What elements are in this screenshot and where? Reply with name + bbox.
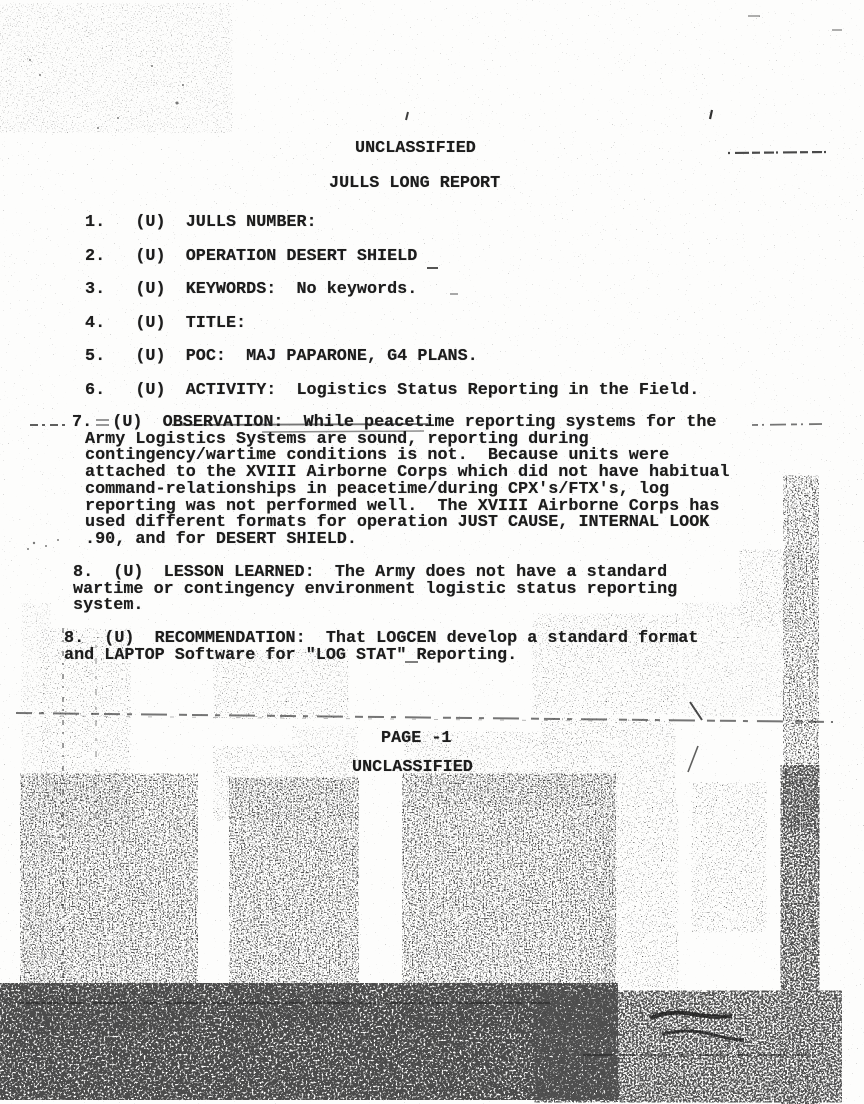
paragraph-observation: 7. (U) OBSERVATION: While peacetime repo… bbox=[85, 415, 730, 549]
item-operation: 2. (U) OPERATION DESERT SHIELD bbox=[85, 249, 417, 266]
item-julls-number: 1. (U) JULLS NUMBER: bbox=[85, 215, 317, 232]
item-activity: 6. (U) ACTIVITY: Logistics Status Report… bbox=[85, 383, 699, 400]
scan-noise-layer bbox=[0, 0, 864, 1104]
classification-footer: UNCLASSIFIED bbox=[352, 760, 473, 777]
item-keywords: 3. (U) KEYWORDS: No keywords. bbox=[85, 282, 417, 299]
paragraph-recommendation: 8. (U) RECOMMENDATION: That LOGCEN devel… bbox=[64, 631, 698, 664]
report-title: JULLS LONG REPORT bbox=[329, 176, 500, 193]
item-poc: 5. (U) POC: MAJ PAPARONE, G4 PLANS. bbox=[85, 349, 478, 366]
noise-bottom-dense bbox=[15, 993, 816, 1098]
page-number: PAGE -1 bbox=[381, 731, 452, 748]
paragraph-lesson-learned: 8. (U) LESSON LEARNED: The Army does not… bbox=[73, 565, 677, 615]
item-title: 4. (U) TITLE: bbox=[85, 316, 246, 333]
classification-header: UNCLASSIFIED bbox=[355, 141, 476, 158]
scanned-document-page: UNCLASSIFIED JULLS LONG REPORT 1. (U) JU… bbox=[0, 0, 864, 1104]
